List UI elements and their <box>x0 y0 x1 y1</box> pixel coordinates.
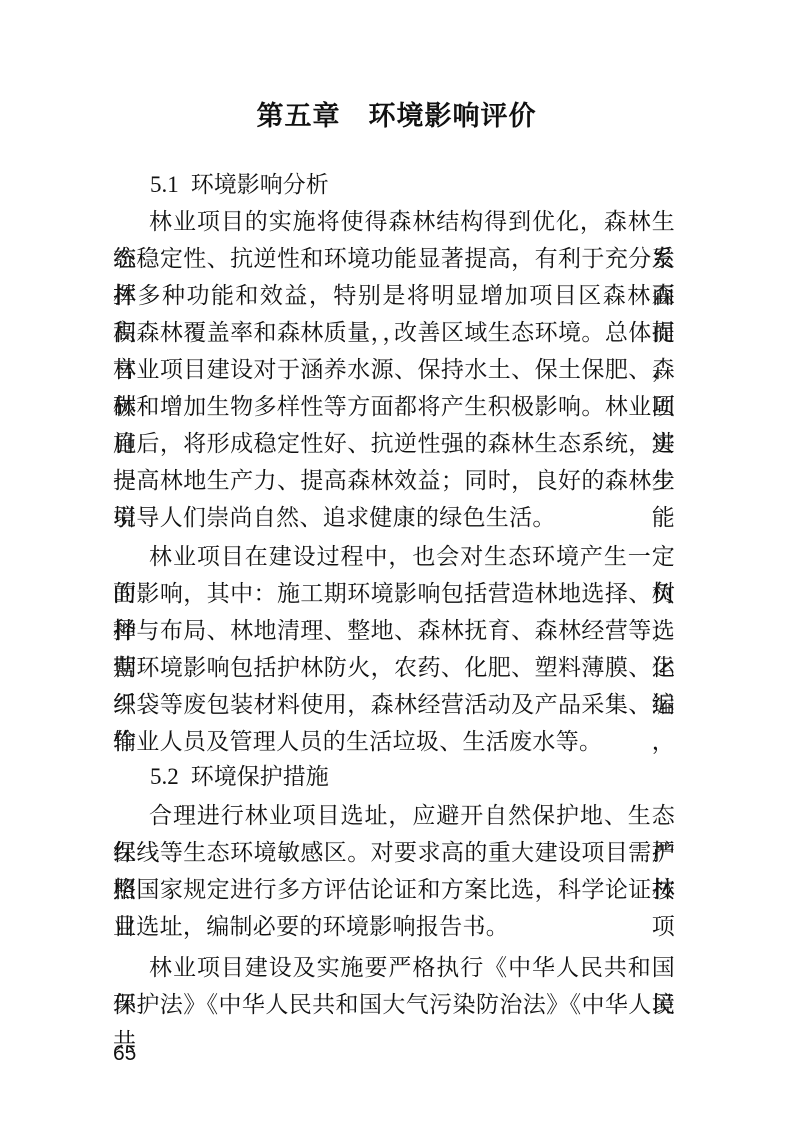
paragraph-environmental-impact-positive: 林业项目的实施将使得森林结构得到优化，森林生态系统稳定性、抗逆性和环境功能显著提… <box>113 203 675 536</box>
text-line: 林业项目在建设过程中，也会对生态环境产生一定的负 <box>113 538 675 575</box>
text-line: 林多种功能和效益，特别是将明显增加项目区森林面积，提 <box>113 277 675 314</box>
section-title: 环境保护措施 <box>191 763 329 789</box>
text-line: 统稳定性、抗逆性和环境功能显著提高，有利于充分发挥森 <box>113 240 675 277</box>
paragraph-laws-compliance: 林业项目建设及实施要严格执行《中华人民共和国环境保护法》《中华人民共和国大气污染… <box>113 949 675 1023</box>
text-line: 照国家规定进行多方评估论证和方案比选，科学论证林业项 <box>113 871 675 908</box>
text-line: 合理进行林业项目选址，应避开自然保护地、生态保护 <box>113 797 675 834</box>
text-line: 择与布局、林地清理、整地、森林抚育、森林经营等；营运 <box>113 612 675 649</box>
section-heading-5-2: 5.2环境保护措施 <box>113 758 675 795</box>
text-line: 林业项目建设及实施要严格执行《中华人民共和国环境 <box>113 949 675 986</box>
text-line: 红线等生态环境敏感区。对要求高的重大建设项目需严格按 <box>113 834 675 871</box>
text-line: 作业人员及管理人员的生活垃圾、生活废水等。 <box>113 723 675 760</box>
text-line: 林业项目的实施将使得森林结构得到优化，森林生态系 <box>113 203 675 240</box>
section-number: 5.1 <box>150 172 179 197</box>
text-line: 织袋等废包装材料使用，森林经营活动及产品采集、运输， <box>113 686 675 723</box>
text-line: 面影响，其中：施工期环境影响包括营造林地选择、树种选 <box>113 575 675 612</box>
section-number: 5.2 <box>150 764 179 789</box>
section-heading-5-1: 5.1环境影响分析 <box>113 166 675 203</box>
text-line: 保护法》《中华人民共和国大气污染防治法》《中华人民共 <box>113 986 675 1023</box>
text-line: 期环境影响包括护林防火，农药、化肥、塑料薄膜、化纤编 <box>113 649 675 686</box>
paragraph-environmental-impact-negative: 林业项目在建设过程中，也会对生态环境产生一定的负面影响，其中：施工期环境影响包括… <box>113 538 675 760</box>
text-line: 提高林地生产力、提高森林效益；同时，良好的森林生境能 <box>113 462 675 499</box>
document-page: 第五章 环境影响评价 5.1环境影响分析 林业项目的实施将使得森林结构得到优化，… <box>0 0 793 1122</box>
text-line: 碳和增加生物多样性等方面都将产生积极影响。林业项目实 <box>113 388 675 425</box>
paragraph-site-selection: 合理进行林业项目选址，应避开自然保护地、生态保护红线等生态环境敏感区。对要求高的… <box>113 797 675 945</box>
text-line: 林业项目建设对于涵养水源、保持水土、保土保肥、森林固 <box>113 351 675 388</box>
text-line: 高森林覆盖率和森林质量，改善区域生态环境。总体而言， <box>113 314 675 351</box>
page-number: 65 <box>113 1041 136 1067</box>
text-line: 施后，将形成稳定性好、抗逆性强的森林生态系统，进一步 <box>113 425 675 462</box>
section-title: 环境影响分析 <box>191 171 329 197</box>
chapter-title: 第五章 环境影响评价 <box>0 94 793 133</box>
